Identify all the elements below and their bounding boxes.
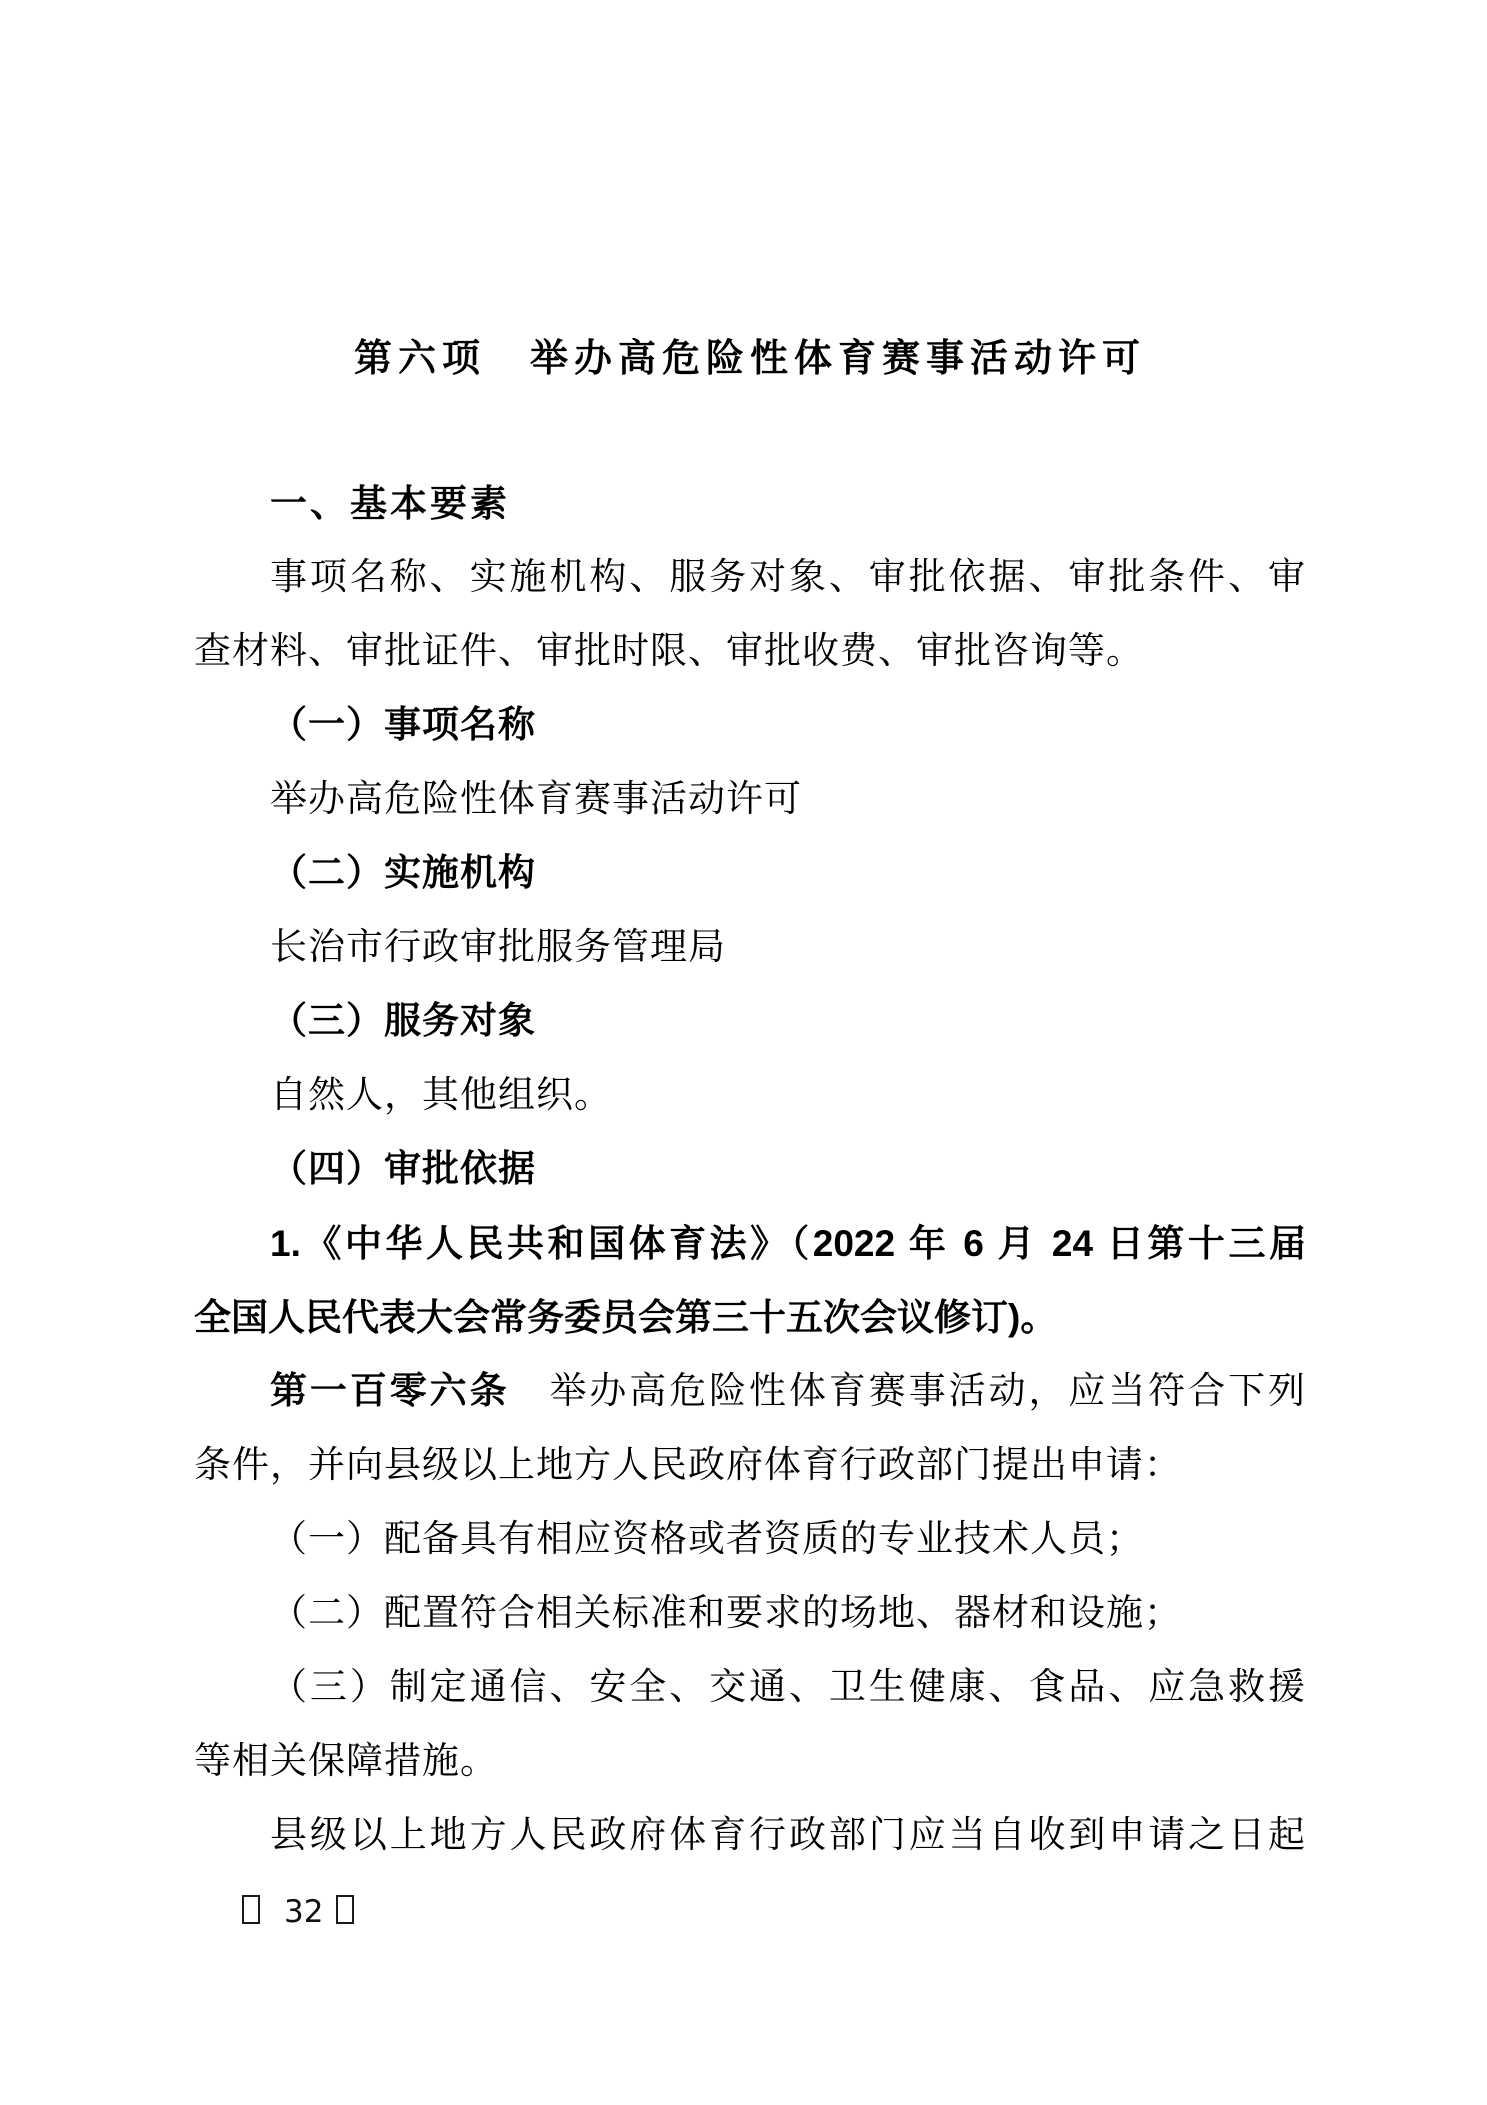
clause-number: 第一百零六条	[270, 1371, 510, 1412]
document-page: 第六项 举办高危险性体育赛事活动许可 一、基本要素 事项名称、实施机构、服务对象…	[0, 0, 1487, 2105]
closing-paragraph-line-1: 县级以上地方人民政府体育行政部门应当自收到申请之日起	[194, 1799, 1306, 1873]
item-name-value: 举办高危险性体育赛事活动许可	[194, 763, 1306, 837]
law-citation-line-2: 全国人民代表大会常务委员会第三十五次会议修订)。	[194, 1281, 1306, 1355]
condition-item-2: （二）配置符合相关标准和要求的场地、器材和设施；	[194, 1577, 1306, 1651]
subheading-service-target: （三）服务对象	[194, 985, 1306, 1059]
service-target-value: 自然人，其他组织。	[194, 1059, 1306, 1133]
law-citation-line-1: 1.《中华人民共和国体育法》（2022 年 6 月 24 日第十三届	[194, 1207, 1306, 1281]
section-heading: 一、基本要素	[194, 467, 1306, 541]
clause-text: 举办高危险性体育赛事活动，应当符合下列	[510, 1371, 1306, 1412]
page-title: 第六项 举办高危险性体育赛事活动许可	[194, 322, 1306, 396]
intro-paragraph-line-2: 查材料、审批证件、审批时限、审批收费、审批咨询等。	[194, 615, 1306, 689]
implementing-agency-value: 长治市行政审批服务管理局	[194, 911, 1306, 985]
condition-item-3-line-2: 等相关保障措施。	[194, 1725, 1306, 1799]
intro-paragraph-line-1: 事项名称、实施机构、服务对象、审批依据、审批条件、审	[194, 541, 1306, 615]
clause-paragraph-line-2: 条件，并向县级以上地方人民政府体育行政部门提出申请：	[194, 1429, 1306, 1503]
page-number: 32	[284, 1894, 323, 1930]
page-footer: 32	[194, 1886, 1354, 1938]
subheading-item-name: （一）事项名称	[194, 689, 1306, 763]
subheading-implementing-agency: （二）实施机构	[194, 837, 1306, 911]
missing-glyph-box-left	[242, 1895, 260, 1924]
clause-paragraph-line-1: 第一百零六条 举办高危险性体育赛事活动，应当符合下列	[194, 1355, 1306, 1429]
subheading-approval-basis: （四）审批依据	[194, 1133, 1306, 1207]
condition-item-3-line-1: （三）制定通信、安全、交通、卫生健康、食品、应急救援	[194, 1651, 1306, 1725]
missing-glyph-box-right	[336, 1895, 354, 1924]
condition-item-1: （一）配备具有相应资格或者资质的专业技术人员；	[194, 1503, 1306, 1577]
